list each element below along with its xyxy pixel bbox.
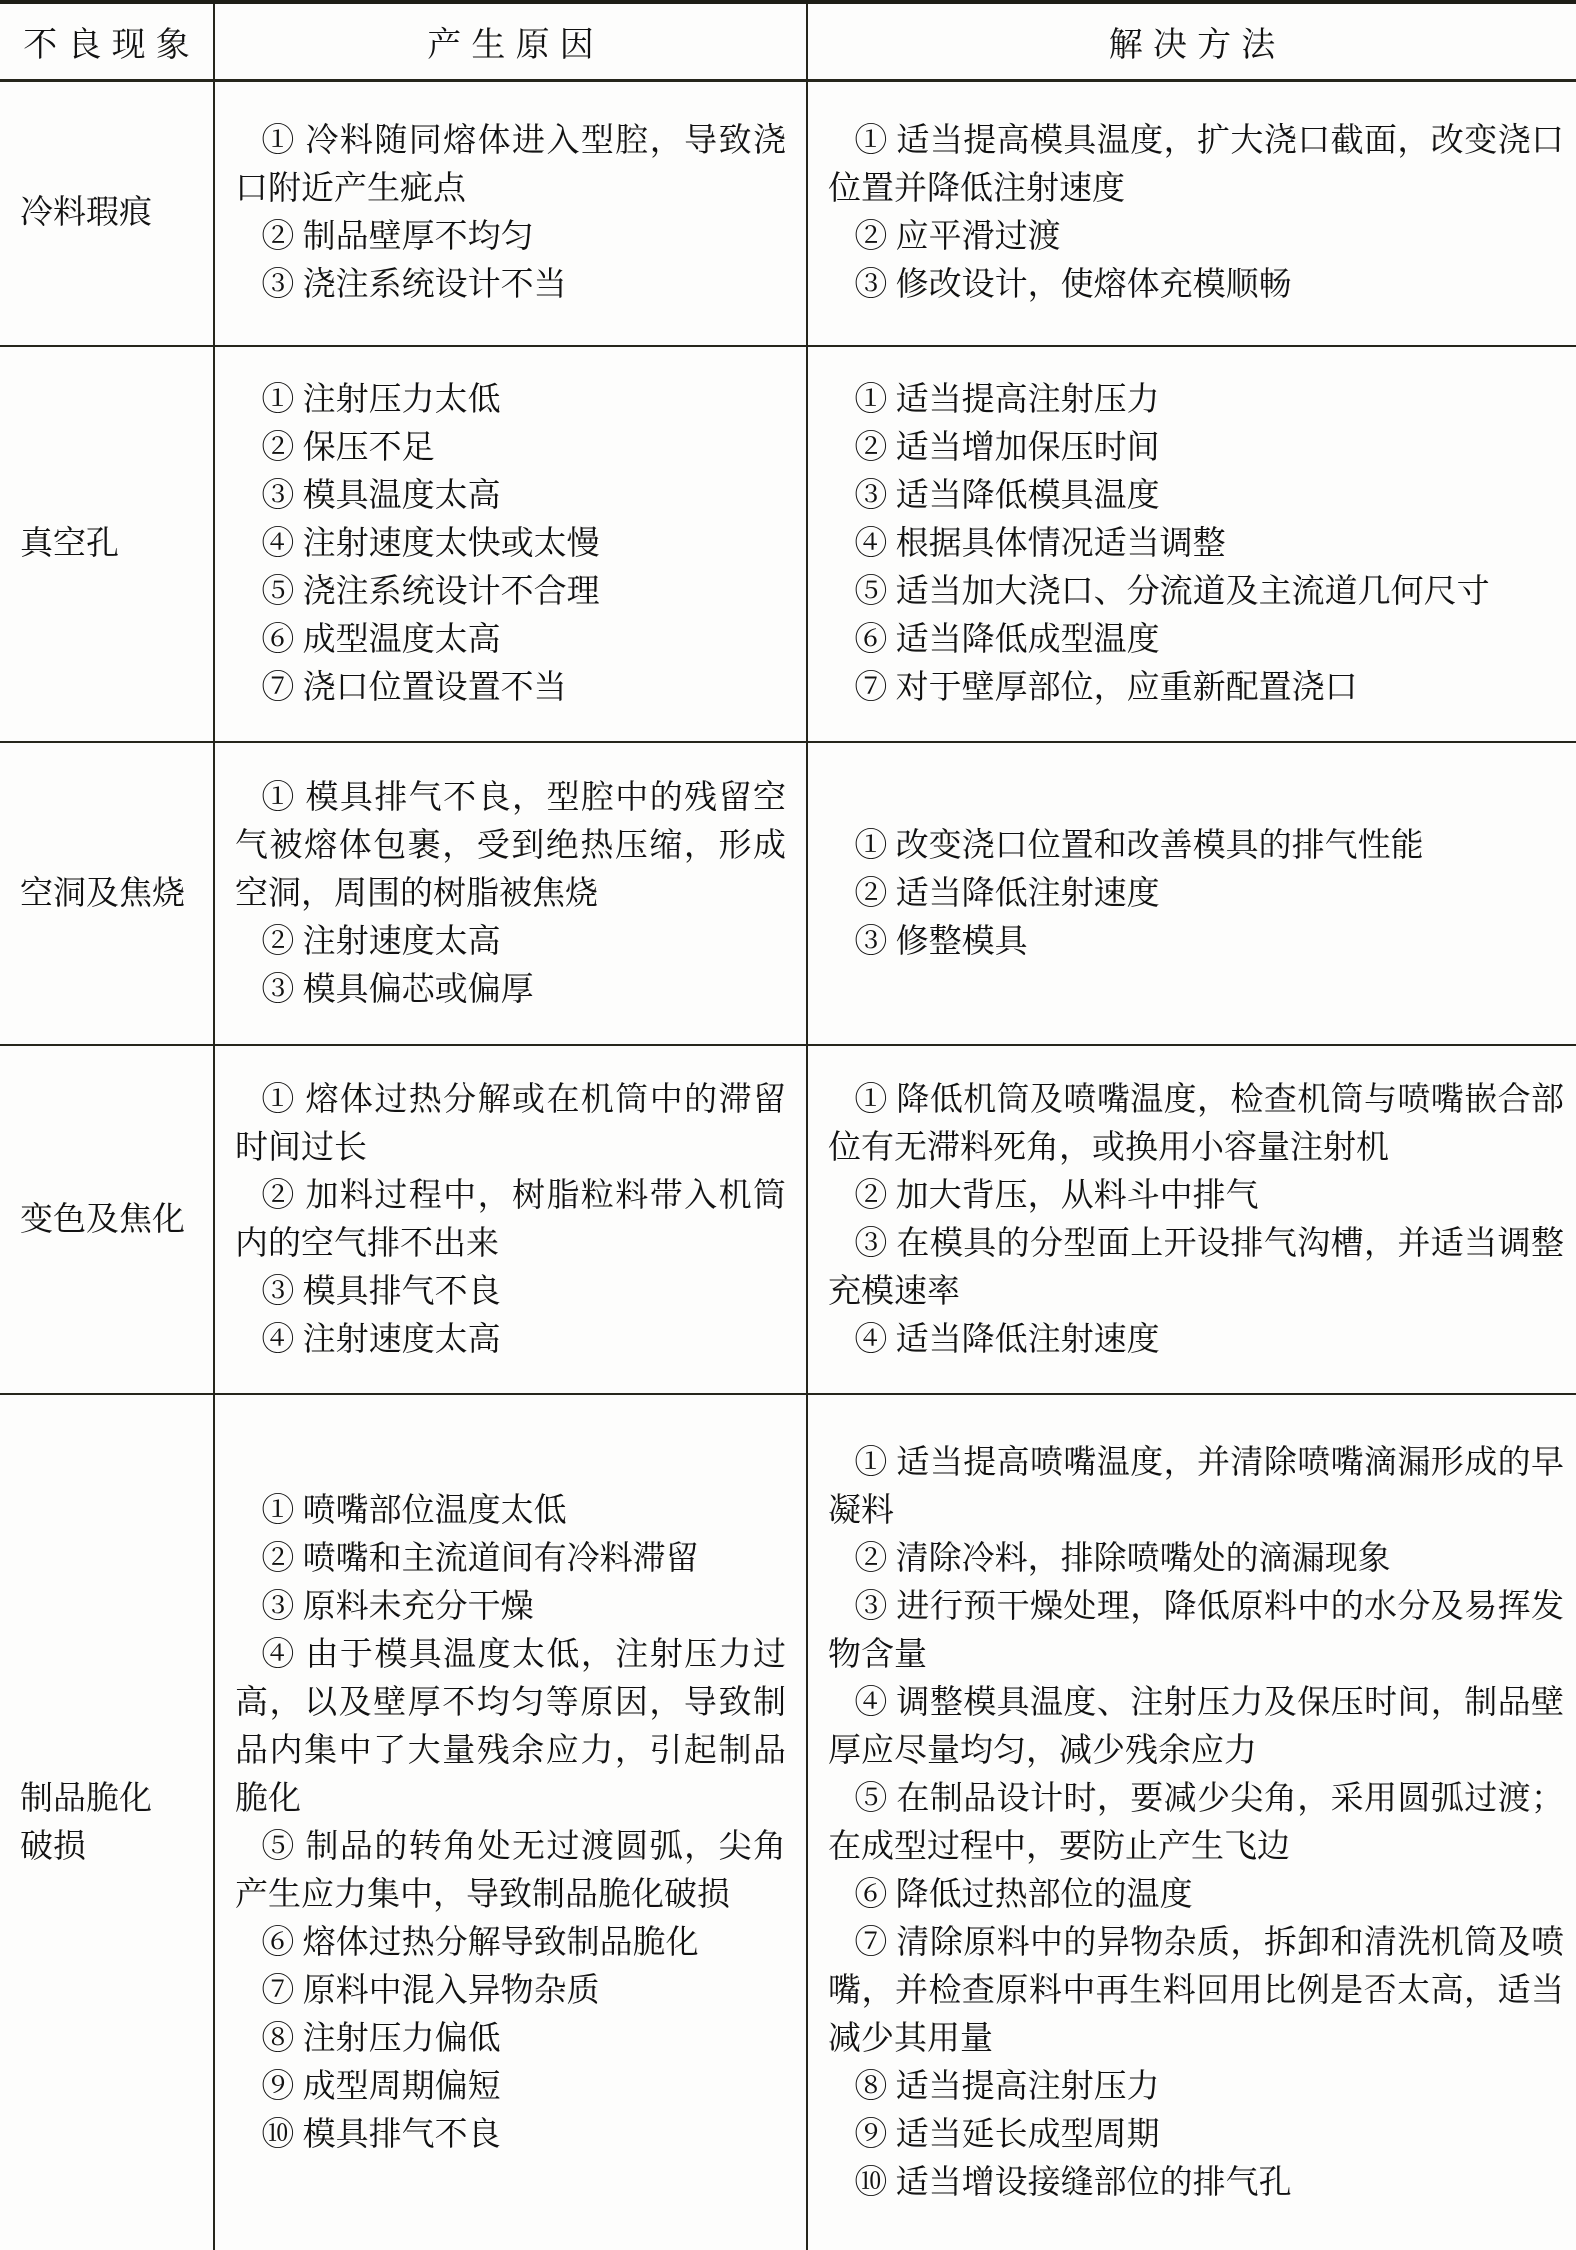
header-row: 不良现象 产生原因 解决方法: [0, 2, 1576, 80]
cause-item: ② 制品壁厚不均匀: [235, 213, 786, 261]
cause-item: ⑧ 注射压力偏低: [235, 2015, 786, 2063]
cause-item: ③ 浇注系统设计不当: [235, 261, 786, 309]
solution-item: ④ 适当降低注射速度: [828, 1316, 1564, 1364]
table-row: 变色及焦化① 熔体过热分解或在机筒中的滞留时间过长② 加料过程中，树脂粒料带入机…: [0, 1045, 1576, 1394]
solution-item: ② 适当降低注射速度: [828, 870, 1564, 918]
cause-item: ① 冷料随同熔体进入型腔，导致浇口附近产生疵点: [235, 117, 786, 213]
cause-item: ⑩ 模具排气不良: [235, 2111, 786, 2159]
col-header-solution: 解决方法: [807, 2, 1576, 80]
solution-item: ⑦ 对于壁厚部位，应重新配置浇口: [828, 664, 1564, 712]
cause-item: ② 注射速度太高: [235, 918, 786, 966]
solution-item: ⑤ 适当加大浇口、分流道及主流道几何尺寸: [828, 568, 1564, 616]
cause-item: ② 加料过程中，树脂粒料带入机筒内的空气排不出来: [235, 1172, 786, 1268]
solution-item: ⑩ 适当增设接缝部位的排气孔: [828, 2159, 1564, 2207]
solution-item: ④ 根据具体情况适当调整: [828, 520, 1564, 568]
cause-item: ① 熔体过热分解或在机筒中的滞留时间过长: [235, 1076, 786, 1172]
solution-item: ⑤ 在制品设计时，要减少尖角，采用圆弧过渡；在成型过程中，要防止产生飞边: [828, 1775, 1564, 1871]
solution-item: ① 适当提高模具温度，扩大浇口截面，改变浇口位置并降低注射速度: [828, 117, 1564, 213]
cause-item: ④ 由于模具温度太低，注射压力过高，以及壁厚不均匀等原因，导致制品内集中了大量残…: [235, 1631, 786, 1823]
defect-name-cell: 制品脆化 破损: [0, 1394, 214, 2250]
solutions-cell: ① 适当提高喷嘴温度，并清除喷嘴滴漏形成的早凝料② 清除冷料，排除喷嘴处的滴漏现…: [807, 1394, 1576, 2250]
cause-item: ② 保压不足: [235, 424, 786, 472]
cause-item: ⑦ 浇口位置设置不当: [235, 664, 786, 712]
col-header-cause: 产生原因: [214, 2, 807, 80]
cause-item: ⑥ 熔体过热分解导致制品脆化: [235, 1919, 786, 1967]
defect-name-cell: 变色及焦化: [0, 1045, 214, 1394]
solution-item: ④ 调整模具温度、注射压力及保压时间，制品壁厚应尽量均匀，减少残余应力: [828, 1679, 1564, 1775]
causes-cell: ① 模具排气不良，型腔中的残留空气被熔体包裹，受到绝热压缩，形成空洞，周围的树脂…: [214, 742, 807, 1045]
solution-item: ⑨ 适当延长成型周期: [828, 2111, 1564, 2159]
causes-cell: ① 冷料随同熔体进入型腔，导致浇口附近产生疵点② 制品壁厚不均匀③ 浇注系统设计…: [214, 80, 807, 346]
solution-item: ③ 进行预干燥处理，降低原料中的水分及易挥发物含量: [828, 1583, 1564, 1679]
cause-item: ④ 注射速度太高: [235, 1316, 786, 1364]
solution-item: ⑥ 适当降低成型温度: [828, 616, 1564, 664]
cause-item: ③ 模具偏芯或偏厚: [235, 966, 786, 1014]
solution-item: ① 适当提高喷嘴温度，并清除喷嘴滴漏形成的早凝料: [828, 1439, 1564, 1535]
cause-item: ⑦ 原料中混入异物杂质: [235, 1967, 786, 2015]
table-row: 真空孔① 注射压力太低② 保压不足③ 模具温度太高④ 注射速度太快或太慢⑤ 浇注…: [0, 346, 1576, 742]
table-body: 冷料瑕痕① 冷料随同熔体进入型腔，导致浇口附近产生疵点② 制品壁厚不均匀③ 浇注…: [0, 80, 1576, 2250]
causes-cell: ① 喷嘴部位温度太低② 喷嘴和主流道间有冷料滞留③ 原料未充分干燥④ 由于模具温…: [214, 1394, 807, 2250]
cause-item: ① 注射压力太低: [235, 376, 786, 424]
defect-name-cell: 冷料瑕痕: [0, 80, 214, 346]
cause-item: ④ 注射速度太快或太慢: [235, 520, 786, 568]
cause-item: ② 喷嘴和主流道间有冷料滞留: [235, 1535, 786, 1583]
solution-item: ⑥ 降低过热部位的温度: [828, 1871, 1564, 1919]
solutions-cell: ① 改变浇口位置和改善模具的排气性能② 适当降低注射速度③ 修整模具: [807, 742, 1576, 1045]
cause-item: ⑥ 成型温度太高: [235, 616, 786, 664]
solution-item: ③ 修改设计，使熔体充模顺畅: [828, 261, 1564, 309]
cause-item: ③ 原料未充分干燥: [235, 1583, 786, 1631]
cause-item: ③ 模具排气不良: [235, 1268, 786, 1316]
table-row: 制品脆化 破损① 喷嘴部位温度太低② 喷嘴和主流道间有冷料滞留③ 原料未充分干燥…: [0, 1394, 1576, 2250]
solutions-cell: ① 适当提高模具温度，扩大浇口截面，改变浇口位置并降低注射速度② 应平滑过渡③ …: [807, 80, 1576, 346]
solution-item: ② 应平滑过渡: [828, 213, 1564, 261]
solution-item: ② 清除冷料，排除喷嘴处的滴漏现象: [828, 1535, 1564, 1583]
solutions-cell: ① 适当提高注射压力② 适当增加保压时间③ 适当降低模具温度④ 根据具体情况适当…: [807, 346, 1576, 742]
solutions-cell: ① 降低机筒及喷嘴温度，检查机筒与喷嘴嵌合部位有无滞料死角，或换用小容量注射机②…: [807, 1045, 1576, 1394]
col-header-defect: 不良现象: [0, 2, 214, 80]
cause-item: ① 模具排气不良，型腔中的残留空气被熔体包裹，受到绝热压缩，形成空洞，周围的树脂…: [235, 774, 786, 918]
table-row: 空洞及焦烧① 模具排气不良，型腔中的残留空气被熔体包裹，受到绝热压缩，形成空洞，…: [0, 742, 1576, 1045]
solution-item: ② 适当增加保压时间: [828, 424, 1564, 472]
table-row: 冷料瑕痕① 冷料随同熔体进入型腔，导致浇口附近产生疵点② 制品壁厚不均匀③ 浇注…: [0, 80, 1576, 346]
solution-item: ⑧ 适当提高注射压力: [828, 2063, 1564, 2111]
solution-item: ③ 在模具的分型面上开设排气沟槽，并适当调整充模速率: [828, 1220, 1564, 1316]
defect-name-cell: 真空孔: [0, 346, 214, 742]
solution-item: ③ 修整模具: [828, 918, 1564, 966]
solution-item: ③ 适当降低模具温度: [828, 472, 1564, 520]
cause-item: ⑤ 浇注系统设计不合理: [235, 568, 786, 616]
solution-item: ① 降低机筒及喷嘴温度，检查机筒与喷嘴嵌合部位有无滞料死角，或换用小容量注射机: [828, 1076, 1564, 1172]
solution-item: ② 加大背压，从料斗中排气: [828, 1172, 1564, 1220]
causes-cell: ① 熔体过热分解或在机筒中的滞留时间过长② 加料过程中，树脂粒料带入机筒内的空气…: [214, 1045, 807, 1394]
defects-table: 不良现象 产生原因 解决方法 冷料瑕痕① 冷料随同熔体进入型腔，导致浇口附近产生…: [0, 0, 1576, 2250]
cause-item: ① 喷嘴部位温度太低: [235, 1487, 786, 1535]
cause-item: ③ 模具温度太高: [235, 472, 786, 520]
causes-cell: ① 注射压力太低② 保压不足③ 模具温度太高④ 注射速度太快或太慢⑤ 浇注系统设…: [214, 346, 807, 742]
solution-item: ⑦ 清除原料中的异物杂质，拆卸和清洗机筒及喷嘴，并检查原料中再生料回用比例是否太…: [828, 1919, 1564, 2063]
cause-item: ⑨ 成型周期偏短: [235, 2063, 786, 2111]
cause-item: ⑤ 制品的转角处无过渡圆弧，尖角产生应力集中，导致制品脆化破损: [235, 1823, 786, 1919]
solution-item: ① 适当提高注射压力: [828, 376, 1564, 424]
solution-item: ① 改变浇口位置和改善模具的排气性能: [828, 822, 1564, 870]
defect-name-cell: 空洞及焦烧: [0, 742, 214, 1045]
